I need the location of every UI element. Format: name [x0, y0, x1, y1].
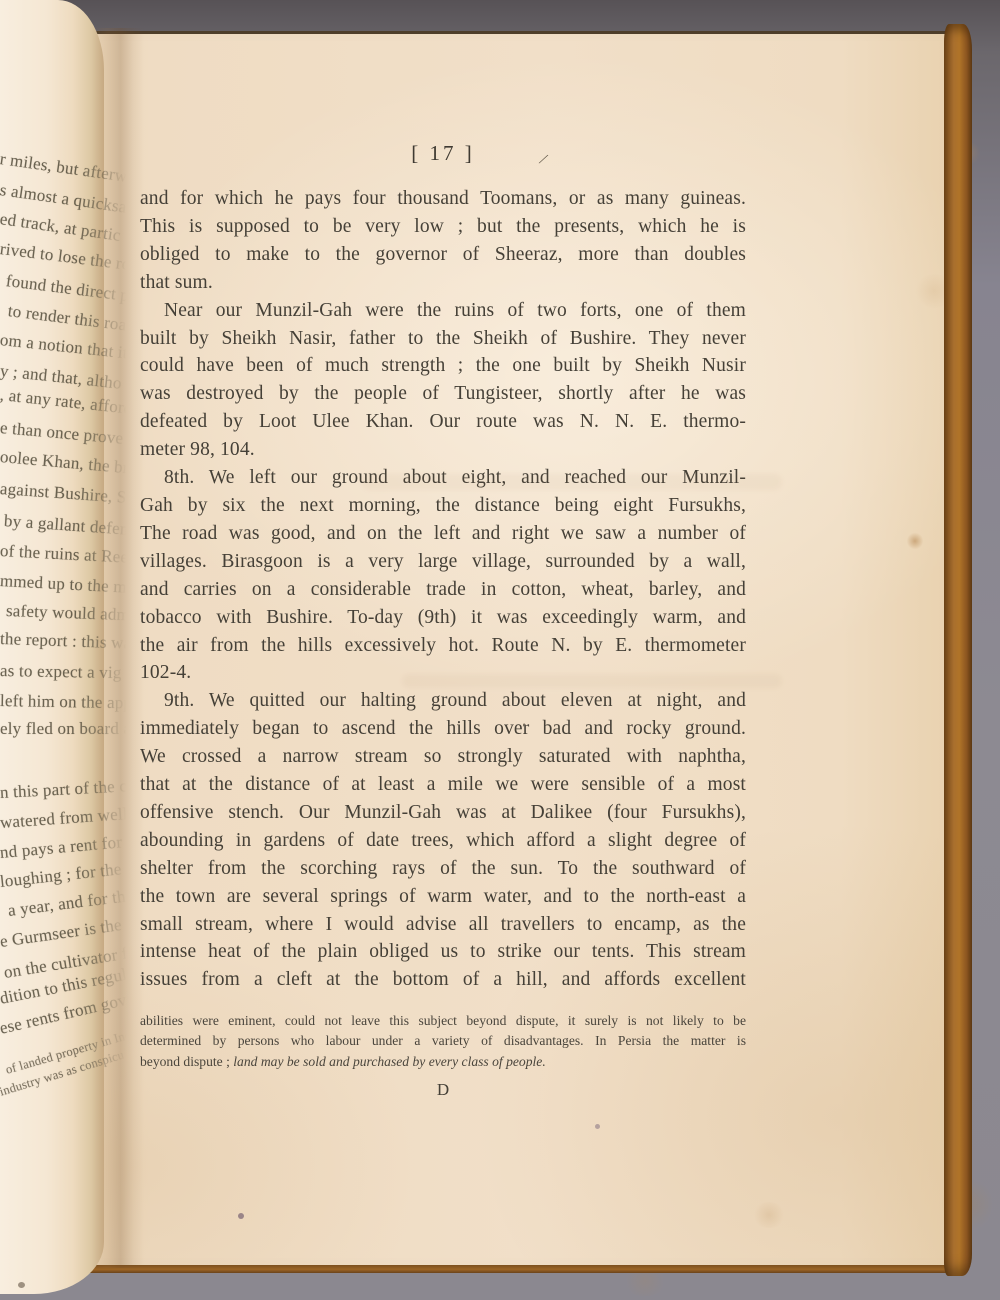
text-line: offensive stench. Our Munzil-Gah was at …	[140, 799, 746, 827]
text-line: tobacco with Bushire. To-day (9th) it wa…	[140, 604, 746, 632]
foxing-stain	[622, 1266, 668, 1296]
book-page: [ 17 ] and for which he pays four thousa…	[62, 31, 946, 1265]
text-line: This is supposed to be very low ; but th…	[140, 213, 746, 241]
fragment-line: n this part of the cou	[0, 775, 126, 803]
text-line: We crossed a narrow stream so strongly s…	[140, 743, 746, 771]
fragment-line: of the ruins at Ree	[0, 541, 126, 568]
ink-speck	[595, 1124, 600, 1129]
text-line: built by Sheikh Nasir, father to the She…	[140, 325, 746, 353]
fragment-line: r miles, but afterw	[0, 149, 126, 187]
paragraph: 9th. We quitted our halting ground about…	[140, 687, 746, 994]
text-line: issues from a cleft at the bottom of a h…	[140, 966, 746, 994]
text-line: villages. Birasgoon is a very large vill…	[140, 548, 746, 576]
fragment-line: safety would admi	[6, 601, 126, 625]
fragment-line: e than once prove	[0, 418, 124, 449]
foxing-stain	[752, 1202, 786, 1228]
fragment-line: the report : this wa	[0, 629, 126, 654]
text-line: that at the distance of at least a mile …	[140, 771, 746, 799]
fragment-line: om a notion that it	[0, 330, 126, 363]
page-number: [ 17 ]	[140, 141, 746, 166]
fragment-line: against Bushire, Sh	[0, 479, 126, 508]
footnote-line: abilities were eminent, could not leave …	[140, 1011, 746, 1031]
leather-spine-edge	[944, 24, 972, 1276]
text-line: Near our Munzil-Gah were the ruins of tw…	[140, 297, 746, 325]
text-line: could have been of much strength ; the o…	[140, 352, 746, 380]
footnote-line: beyond dispute ; land may be sold and pu…	[140, 1052, 746, 1072]
fragment-line: nd pays a rent for a	[0, 831, 126, 863]
text-line: obliged to make to the governor of Sheer…	[140, 241, 746, 269]
text-line: and for which he pays four thousand Toom…	[140, 185, 746, 213]
text-line: was destroyed by the people of Tungistee…	[140, 380, 746, 408]
text-line: immediately began to ascend the hills ov…	[140, 715, 746, 743]
text-line: Gah by six the next morning, the distanc…	[140, 492, 746, 520]
fragment-line: watered from wells, s	[0, 803, 126, 833]
fragment-line: rived to lose the ro	[0, 239, 126, 275]
text-line: 9th. We quitted our halting ground about…	[140, 687, 746, 715]
paragraph: Near our Munzil-Gah were the ruins of tw…	[140, 297, 746, 464]
paragraph: 8th. We left our ground about eight, and…	[140, 464, 746, 687]
fragment-line: ely fled on board a v	[0, 719, 126, 739]
facing-page-fragments: r miles, but afterws almost a quicksaed …	[0, 0, 126, 1300]
body-text: and for which he pays four thousand Toom…	[140, 185, 746, 994]
text-line: 102-4.	[140, 659, 746, 687]
text-line: the air from the hills excessively hot. …	[140, 632, 746, 660]
foxing-stain	[907, 532, 923, 550]
text-line: The road was good, and on the left and r…	[140, 520, 746, 548]
footnote: abilities were eminent, could not leave …	[140, 1011, 746, 1072]
text-line: the town are several springs of warm wat…	[140, 883, 746, 911]
fragment-line: mmed up to the m	[0, 571, 126, 598]
text-line: shelter from the scorching rays of the s…	[140, 855, 746, 883]
text-line: defeated by Loot Ulee Khan. Our route wa…	[140, 408, 746, 436]
text-line: intense heat of the plain obliged us to …	[140, 938, 746, 966]
fragment-line: oolee Khan, the bro	[0, 447, 126, 479]
signature-mark: D	[140, 1080, 746, 1100]
fragment-line: left him on the app	[0, 691, 126, 713]
text-line: that sum.	[140, 269, 746, 297]
footnote-line: determined by persons who labour under a…	[140, 1031, 746, 1051]
fragment-line: loughing ; for the fi	[0, 858, 126, 892]
text-line: small stream, where I would advise all t…	[140, 911, 746, 939]
fragment-line: as to expect a vig	[0, 661, 122, 683]
text-line: abounding in gardens of date trees, whic…	[140, 827, 746, 855]
fragment-line: by a gallant defen	[3, 511, 126, 540]
text-line: meter 98, 104.	[140, 436, 746, 464]
book-scan: [ 17 ] and for which he pays four thousa…	[0, 0, 1000, 1300]
ink-speck	[238, 1213, 244, 1219]
paragraph: and for which he pays four thousand Toom…	[140, 185, 746, 297]
text-line: and carries on a considerable trade in c…	[140, 576, 746, 604]
text-line: 8th. We left our ground about eight, and…	[140, 464, 746, 492]
fragment-line: found the direct pa	[5, 271, 126, 307]
